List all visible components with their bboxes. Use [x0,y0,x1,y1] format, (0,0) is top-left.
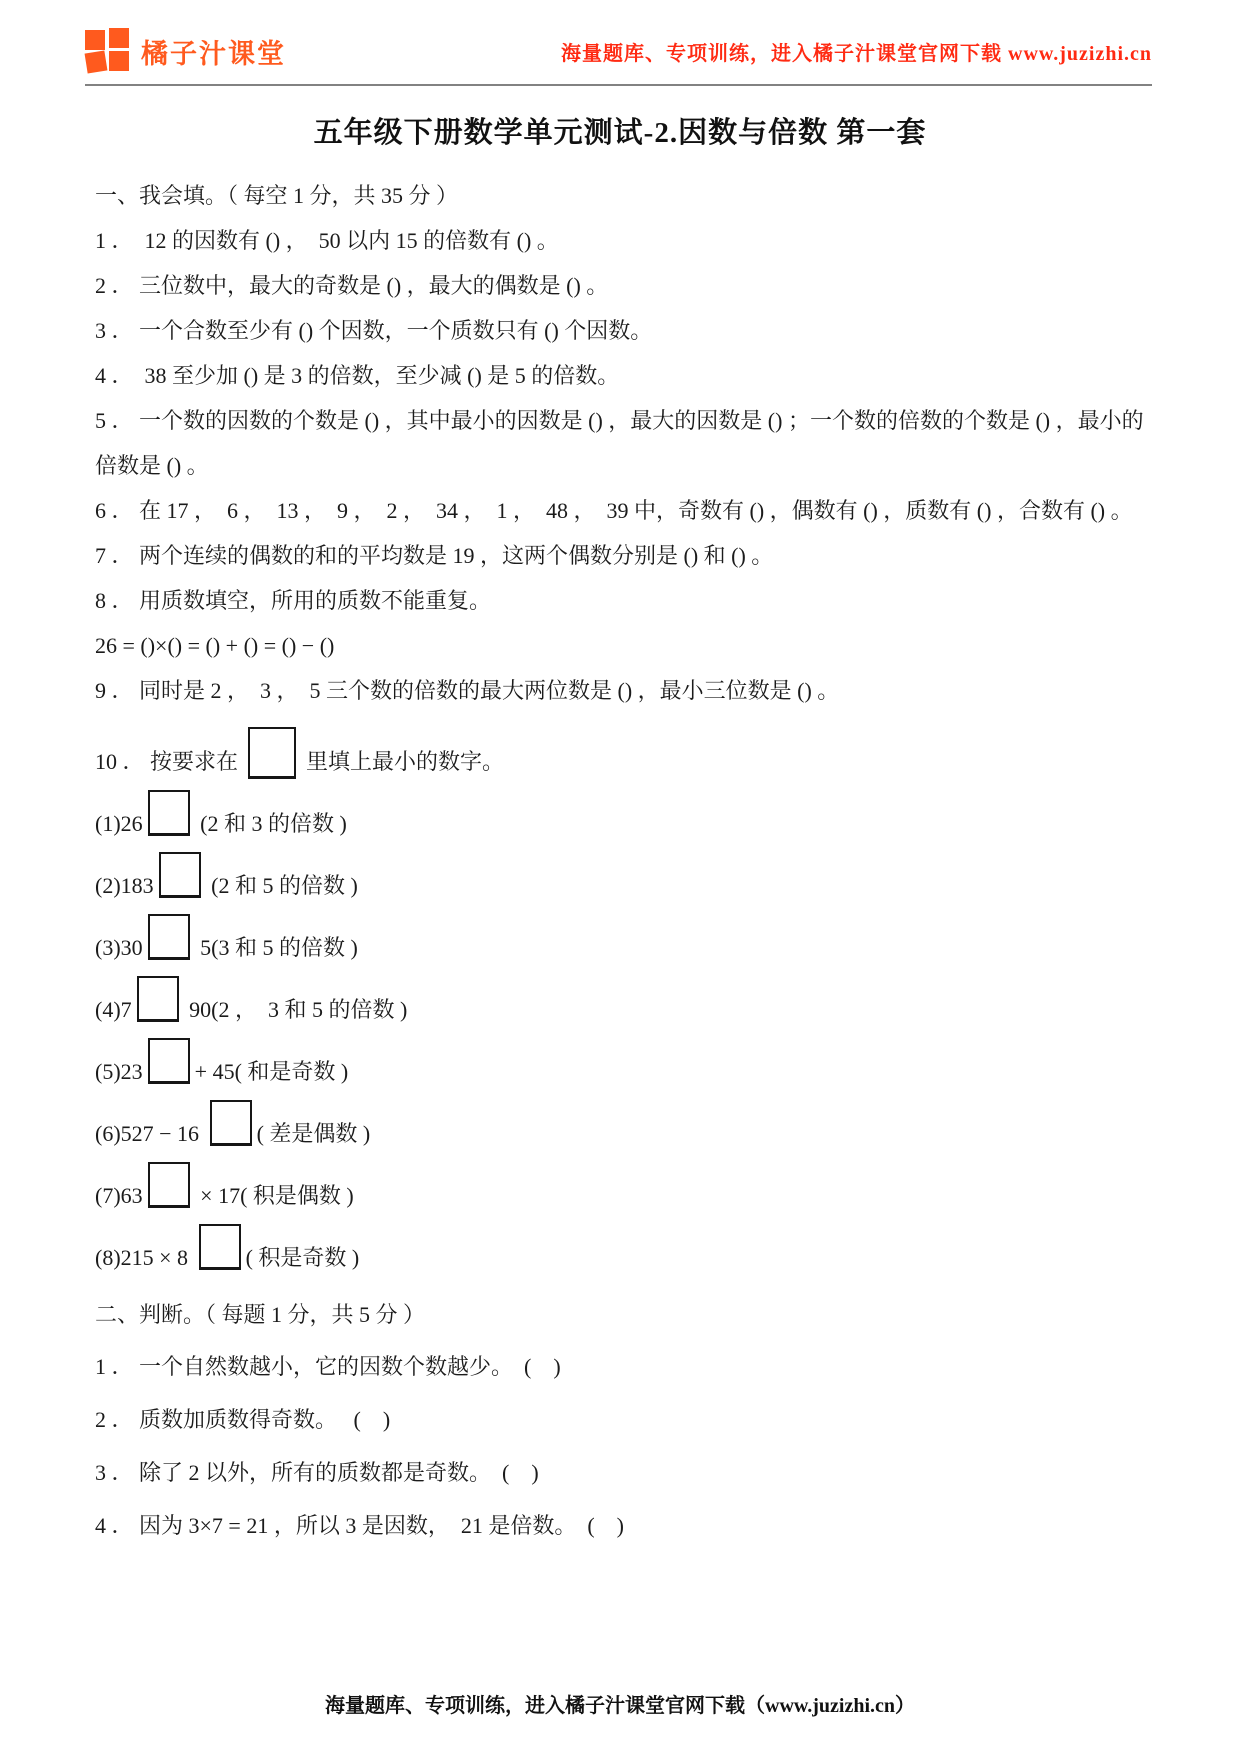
fill-item-6: (6)527 − 16 ( 差是偶数 ) [95,1100,1145,1162]
fill-item-suffix: 90(2 ， 3 和 5 的倍数 ) [184,997,408,1022]
fill-item-3: (3)30 5(3 和 5 的倍数 ) [95,914,1145,976]
worksheet-body: 一、我会填。（ 每空 1 分，共 35 分 ） 1 ． 12 的因数有 () ，… [0,151,1240,1552]
brand: 橘子汁课堂 [85,28,286,74]
section-fill-heading: 一、我会填。（ 每空 1 分，共 35 分 ） [95,173,1145,218]
page-footer: 海量题库、专项训练，进入橘子汁课堂官网下载（www.juzizhi.cn） [0,1689,1240,1718]
fill-item-prefix: (2)183 [95,873,154,898]
fill-item-suffix: (2 和 5 的倍数 ) [206,873,358,898]
answer-box[interactable] [137,976,179,1022]
judge-question-2: 2 ． 质数加质数得奇数。 ( ) [95,1393,1145,1446]
section-judge-heading: 二、判断。（ 每题 1 分，共 5 分 ） [95,1290,1145,1340]
answer-box[interactable] [159,852,201,898]
juzizhi-logo-icon [85,28,131,74]
fill-item-8: (8)215 × 8 ( 积是奇数 ) [95,1224,1145,1286]
question-10-prefix: 10 ． 按要求在 [95,749,238,774]
question-10-suffix: 里填上最小的数字。 [306,749,504,774]
question-1: 1 ． 12 的因数有 () ， 50 以内 15 的倍数有 () 。 [95,218,1145,263]
logo-square [109,51,129,71]
fill-item-suffix: 5(3 和 5 的倍数 ) [195,935,358,960]
answer-box[interactable] [148,914,190,960]
question-2: 2 ． 三位数中，最大的奇数是 () ，最大的偶数是 () 。 [95,263,1145,308]
answer-box[interactable] [148,790,190,836]
logo-square [109,28,129,48]
fill-item-prefix: (6)527 − 16 [95,1121,205,1146]
fill-item-prefix: (7)63 [95,1183,143,1208]
question-8-equation: 26 = ()×() = () + () = () − () [95,623,1145,668]
fill-item-4: (4)7 90(2 ， 3 和 5 的倍数 ) [95,976,1145,1038]
header-divider [85,84,1152,86]
fill-item-prefix: (1)26 [95,811,143,836]
answer-box[interactable] [199,1224,241,1270]
fill-item-suffix: ( 差是偶数 ) [257,1121,371,1146]
question-9: 9 ． 同时是 2 ， 3 ， 5 三个数的倍数的最大两位数是 () ，最小三位… [95,668,1145,713]
question-3: 3 ． 一个合数至少有 () 个因数，一个质数只有 () 个因数。 [95,308,1145,353]
question-5: 5 ． 一个数的因数的个数是 () ，其中最小的因数是 () ，最大的因数是 (… [95,398,1145,488]
fill-item-2: (2)183 (2 和 5 的倍数 ) [95,852,1145,914]
fill-item-suffix: (2 和 3 的倍数 ) [195,811,347,836]
fill-item-suffix: × 17( 积是偶数 ) [195,1183,354,1208]
question-10: 10 ． 按要求在里填上最小的数字。 [95,727,1145,784]
question-6: 6 ． 在 17 ， 6 ， 13 ， 9 ， 2 ， 34 ， 1 ， 48 … [95,488,1145,533]
answer-box[interactable] [148,1038,190,1084]
header-promo-text: 海量题库、专项训练，进入橘子汁课堂官网下载 www.juzizhi.cn [561,37,1152,66]
answer-box[interactable] [148,1162,190,1208]
fill-item-prefix: (3)30 [95,935,143,960]
logo-square [85,30,105,50]
question-4: 4 ． 38 至少加 () 是 3 的倍数，至少减 () 是 5 的倍数。 [95,353,1145,398]
page-title: 五年级下册数学单元测试-2.因数与倍数 第一套 [0,110,1240,151]
page-header: 橘子汁课堂 海量题库、专项训练，进入橘子汁课堂官网下载 www.juzizhi.… [0,0,1240,84]
judge-question-1: 1 ． 一个自然数越小，它的因数个数越少。 ( ) [95,1340,1145,1393]
fill-item-prefix: (5)23 [95,1059,143,1084]
fill-item-1: (1)26 (2 和 3 的倍数 ) [95,790,1145,852]
fill-item-prefix: (8)215 × 8 [95,1245,194,1270]
question-8: 8 ． 用质数填空，所用的质数不能重复。 [95,578,1145,623]
fill-item-suffix: ( 积是奇数 ) [246,1245,360,1270]
logo-square [85,51,108,74]
question-7: 7 ． 两个连续的偶数的和的平均数是 19 ，这两个偶数分别是 () 和 () … [95,533,1145,578]
worksheet-page: 橘子汁课堂 海量题库、专项训练，进入橘子汁课堂官网下载 www.juzizhi.… [0,0,1240,1552]
brand-name: 橘子汁课堂 [141,32,286,71]
judge-question-4: 4 ． 因为 3×7 = 21 ，所以 3 是因数， 21 是倍数。 ( ) [95,1499,1145,1552]
fill-item-suffix: + 45( 和是奇数 ) [195,1059,349,1084]
answer-box[interactable] [210,1100,252,1146]
fill-item-prefix: (4)7 [95,997,132,1022]
answer-box[interactable] [248,727,296,779]
fill-item-5: (5)23+ 45( 和是奇数 ) [95,1038,1145,1100]
judge-question-3: 3 ． 除了 2 以外，所有的质数都是奇数。 ( ) [95,1446,1145,1499]
fill-item-7: (7)63 × 17( 积是偶数 ) [95,1162,1145,1224]
